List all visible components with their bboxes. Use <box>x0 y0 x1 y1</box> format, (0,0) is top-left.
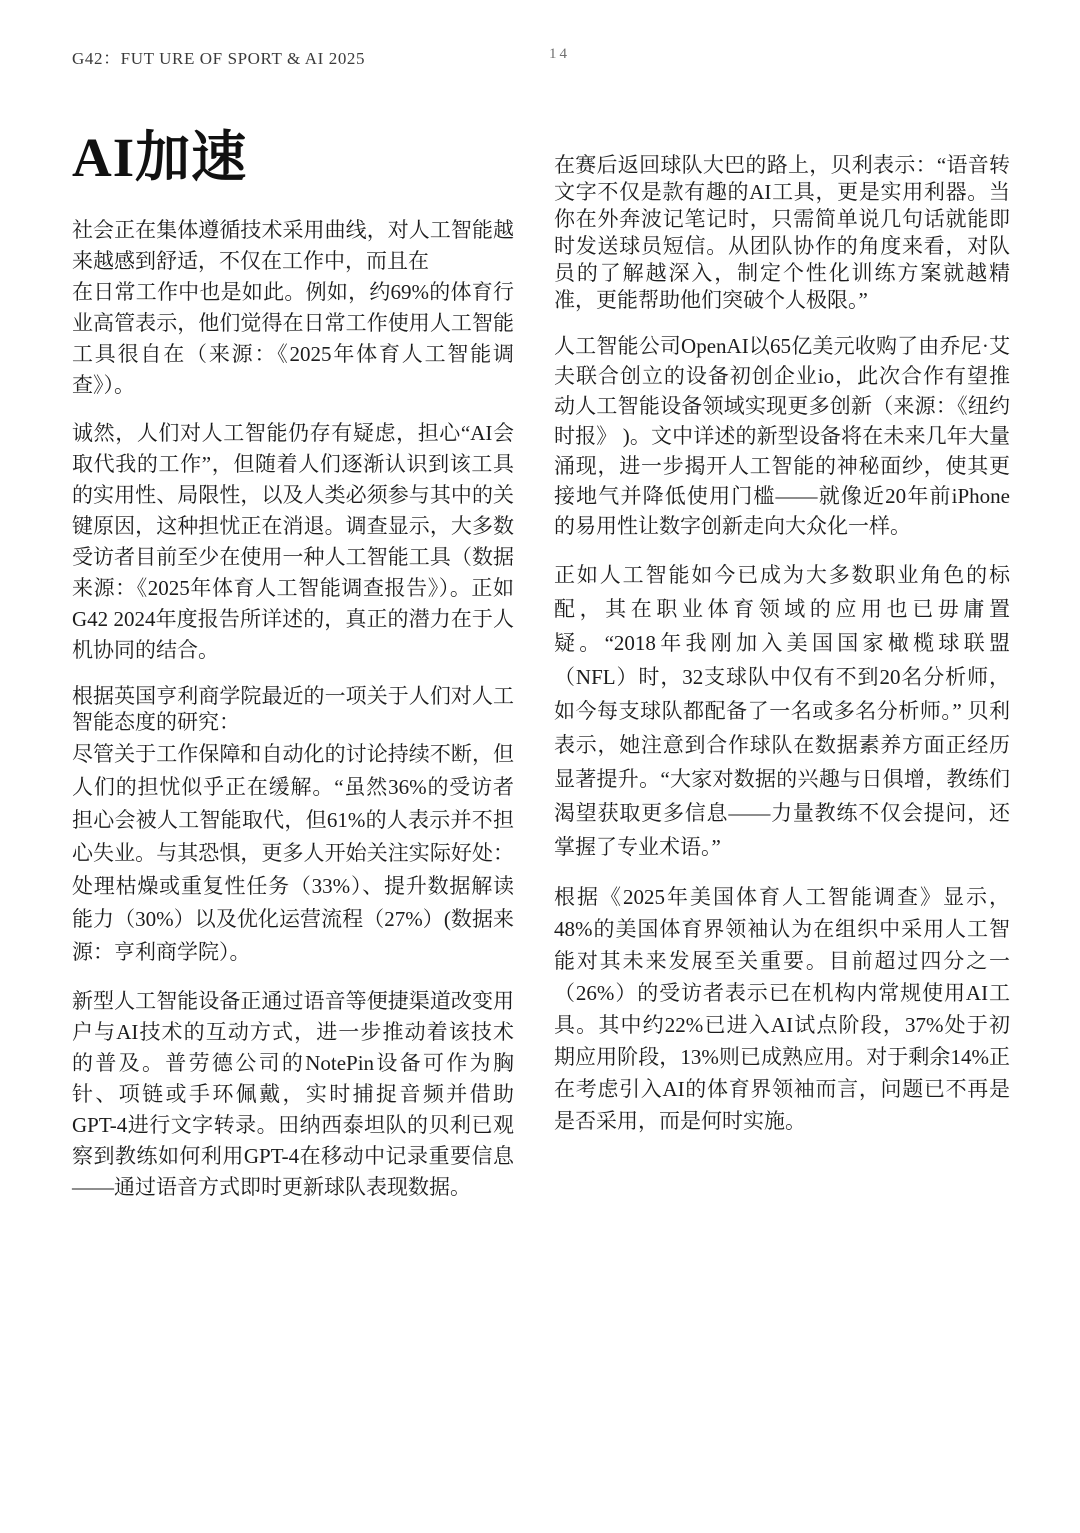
article-title: AI加速 <box>72 128 514 189</box>
running-header: G42：FUT URE OF SPORT & AI 2025 <box>72 44 365 69</box>
paragraph-left-2: 诚然，人们对人工智能仍存有疑虑，担心“AI会取代我的工作”，但随着人们逐渐认识到… <box>72 418 514 666</box>
paragraph-right-2: 人工智能公司OpenAI以65亿美元收购了由乔尼·艾夫联合创立的设备初创企业io… <box>554 331 1010 541</box>
paragraph-left-1: 社会正在集体遵循技术采用曲线，对人工智能越来越感到舒适，不仅在工作中，而且在 在… <box>72 215 514 401</box>
paragraph-left-4: 新型人工智能设备正通过语音等便捷渠道改变用户与AI技术的互动方式，进一步推动着该… <box>72 986 514 1203</box>
paragraph-left-3-lead: 根据英国亨利商学院最近的一项关于人们对人工智能态度的研究： <box>72 683 514 735</box>
left-column: AI加速 社会正在集体遵循技术采用曲线，对人工智能越来越感到舒适，不仅在工作中，… <box>72 128 514 1203</box>
paragraph-right-3: 正如人工智能如今已成为大多数职业角色的标配，其在职业体育领域的应用也已毋庸置疑。… <box>554 558 1010 864</box>
paragraph-left-3-body: 尽管关于工作保障和自动化的讨论持续不断，但人们的担忧似乎正在缓解。“虽然36%的… <box>72 738 514 969</box>
document-page: G42：FUT URE OF SPORT & AI 2025 14 AI加速 社… <box>0 0 1080 1533</box>
paragraph-right-4: 根据《2025年美国体育人工智能调查》显示，48%的美国体育界领袖认为在组织中采… <box>554 881 1010 1137</box>
right-column: 在赛后返回球队大巴的路上，贝利表示：“语音转文字不仅是款有趣的AI工具，更是实用… <box>554 152 1010 1137</box>
page-number: 14 <box>549 46 570 63</box>
paragraph-right-1: 在赛后返回球队大巴的路上，贝利表示：“语音转文字不仅是款有趣的AI工具，更是实用… <box>554 152 1010 314</box>
